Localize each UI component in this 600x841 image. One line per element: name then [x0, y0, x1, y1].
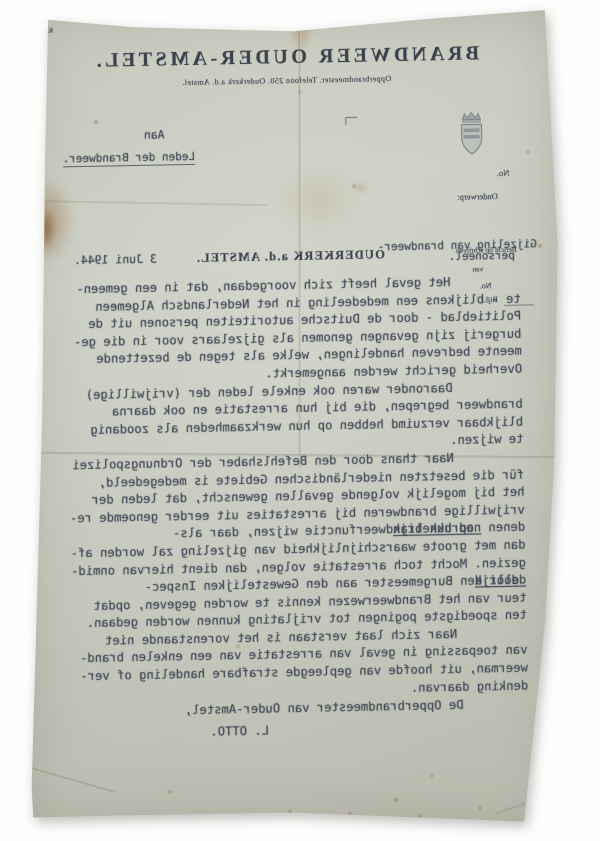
address-recipient: Leden der Brandweer.: [62, 150, 195, 168]
bericht-op-schrijven-label: Bericht op schrijven: [456, 245, 517, 255]
paper-sheet: K 1911 BRANDWEER OUDER-AMSTEL. Opperbran…: [28, 6, 558, 824]
dateline-place: OUDERKERK a.d. AMSTEL.: [196, 247, 386, 266]
letter-content-mirrored: K 1911 BRANDWEER OUDER-AMSTEL. Opperbran…: [20, 1, 566, 829]
address-aan: Aan: [144, 127, 165, 141]
van-label: van: [472, 264, 483, 273]
coat-of-arms-icon: [456, 110, 487, 157]
signature: L. OTTO.: [210, 724, 269, 739]
letterhead-title: BRANDWEER OUDER-AMSTEL.: [21, 41, 551, 74]
closing-line: De Opperbrandmeester van Ouder-Amstel,: [185, 698, 464, 717]
no-label: No.: [497, 168, 510, 178]
letterhead-subtitle: Opperbrandmeester. Telefoon 250. Ouderke…: [22, 71, 552, 90]
paper-shadow: K 1911 BRANDWEER OUDER-AMSTEL. Opperbran…: [0, 0, 600, 841]
onderwerp-label: Onderwerp:: [457, 191, 498, 202]
photo-of-document: K 1911 BRANDWEER OUDER-AMSTEL. Opperbran…: [0, 0, 600, 841]
window-corner-mark: [345, 117, 357, 125]
body-lines: Het geval heeft zich voorgedaan, dat in …: [50, 273, 528, 704]
corner-mark: K 1911: [27, 27, 54, 36]
dateline-date: 3 Juni 1944.: [74, 252, 157, 268]
